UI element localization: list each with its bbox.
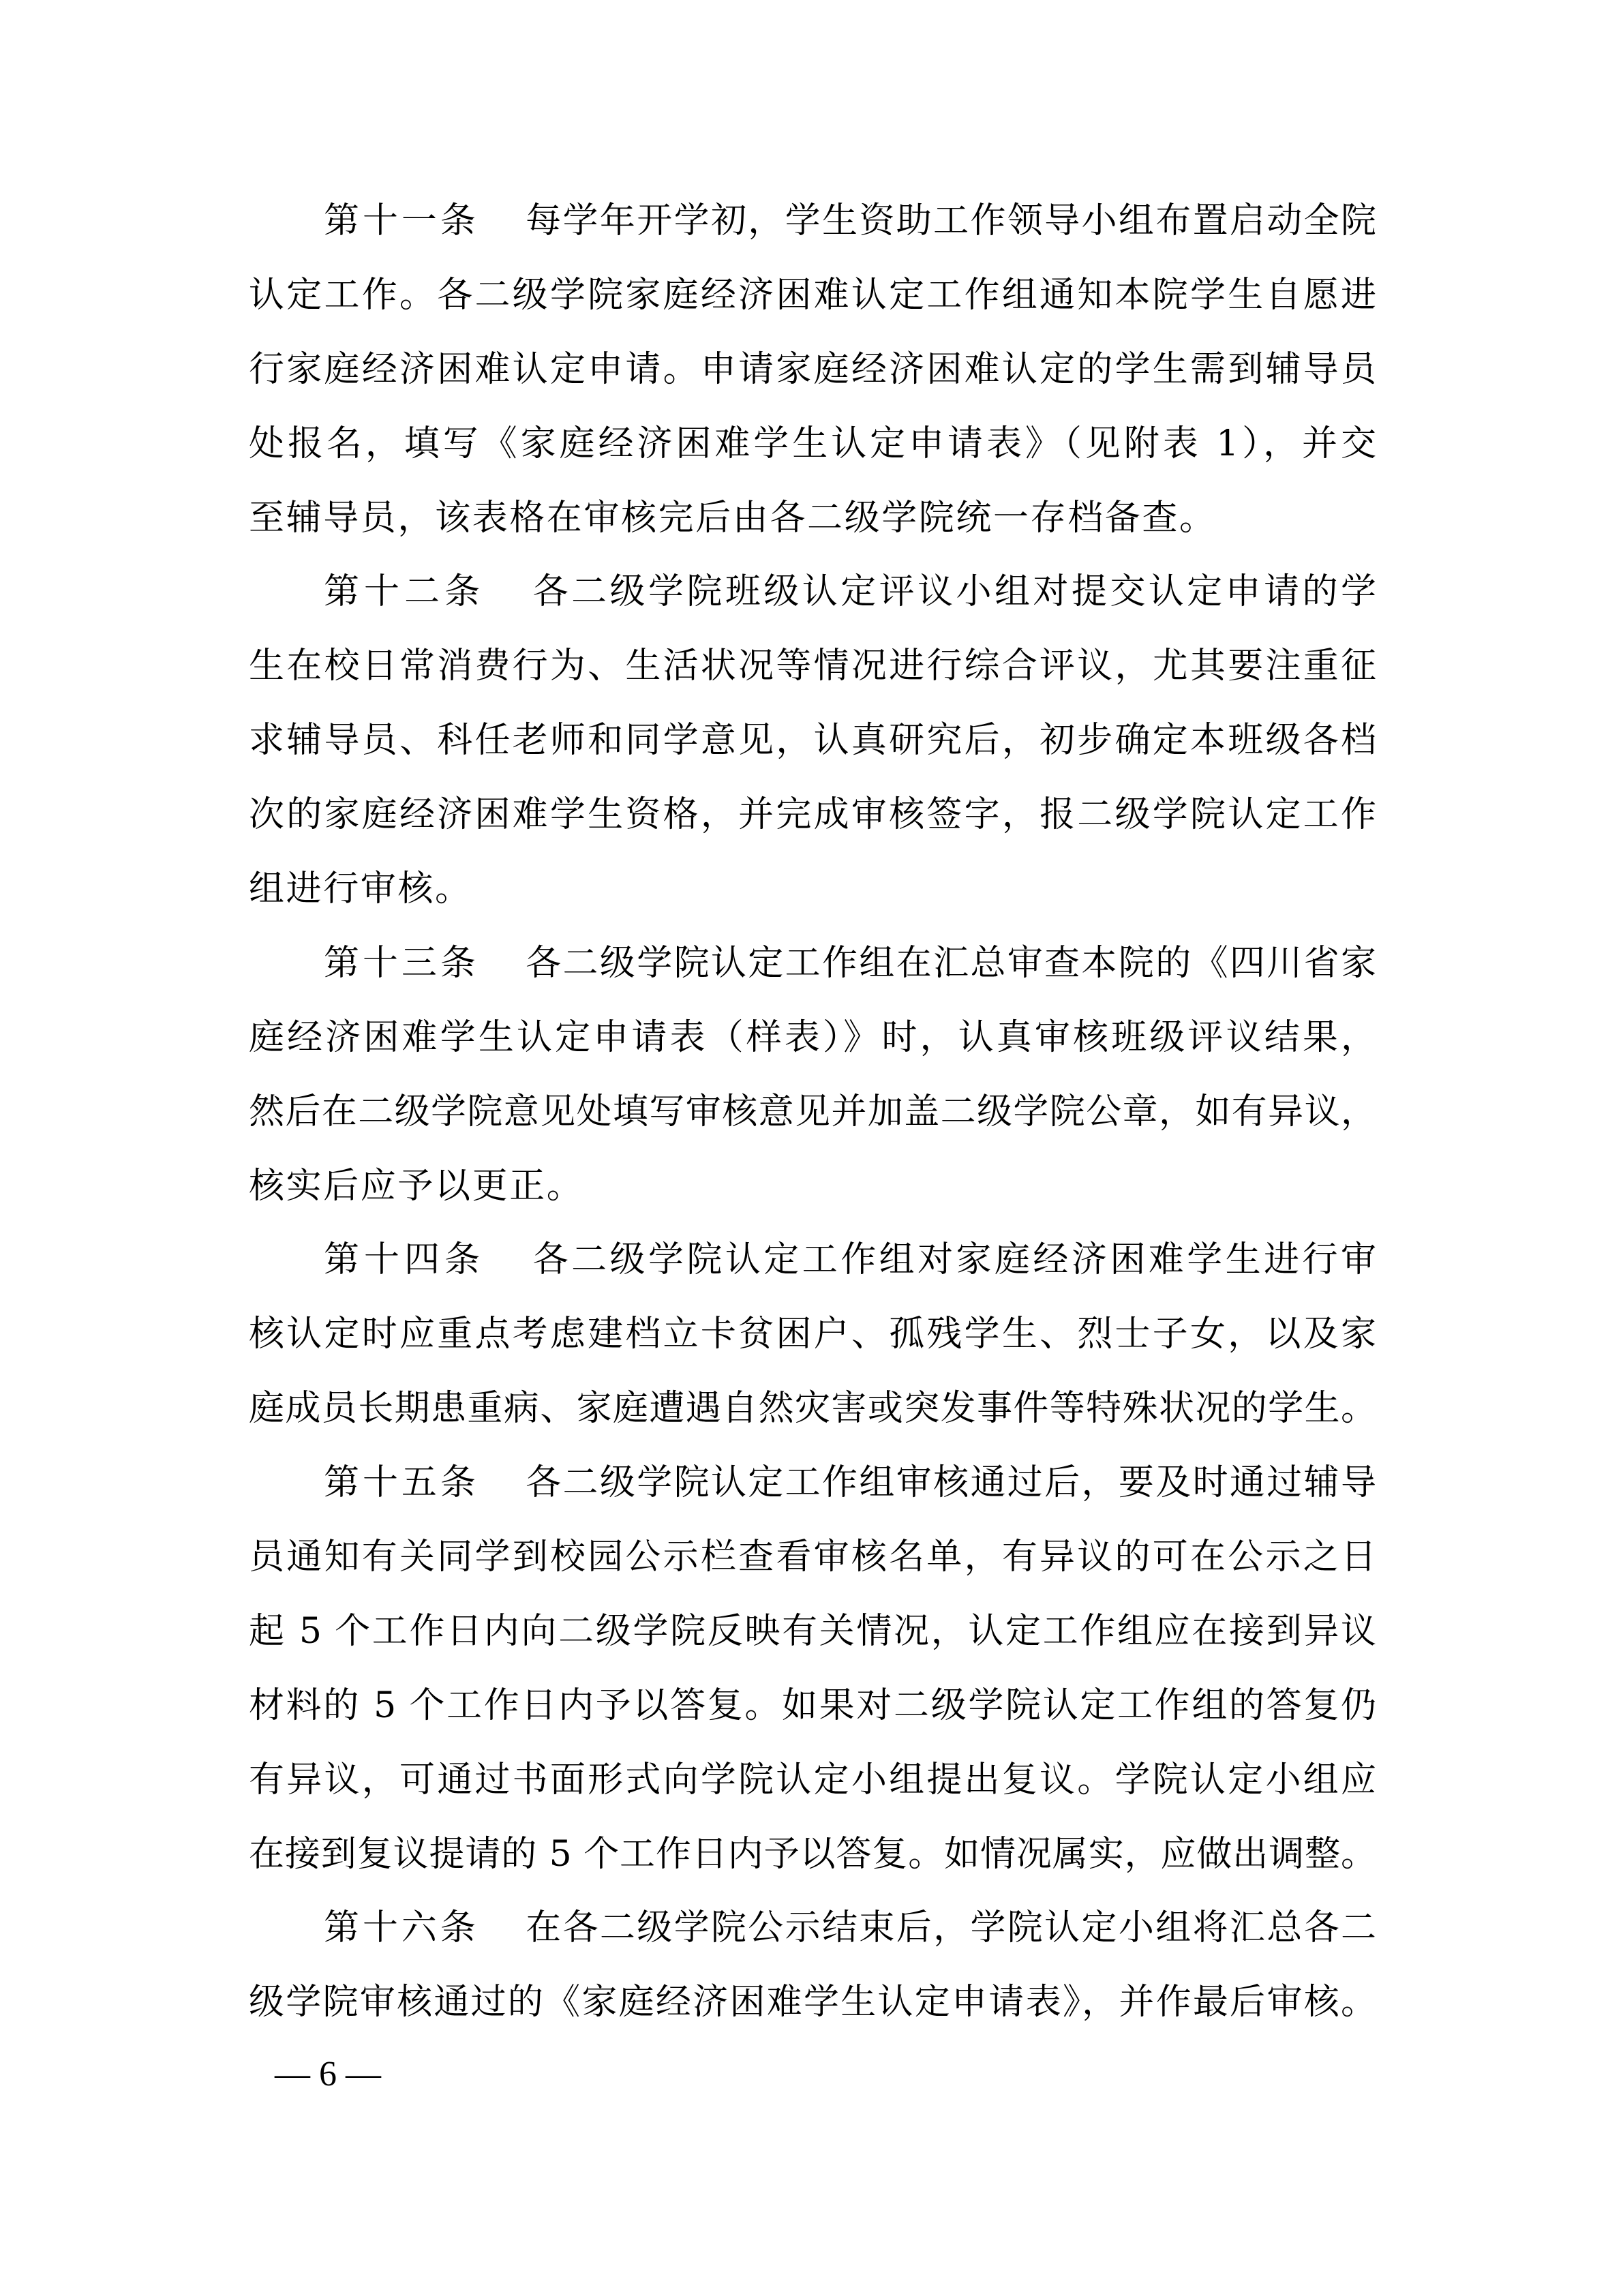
article-line: 材料的 5 个工作日内予以答复。如果对二级学院认定工作组的答复仍	[249, 1669, 1376, 1743]
article-text: 每学年开学初，学生资助工作领导小组布置启动全院	[524, 200, 1376, 241]
article-line: 庭经济困难学生认定申请表（样表）》时，认真审核班级评议结果，	[249, 1001, 1376, 1075]
article-number: 第十三条	[324, 943, 479, 984]
article-line: 第十五条各二级学院认定工作组审核通过后，要及时通过辅导	[249, 1446, 1376, 1520]
article-number: 第十二条	[324, 571, 485, 612]
article-number: 第十一条	[324, 200, 479, 241]
article-line: 次的家庭经济困难学生资格，并完成审核签字，报二级学院认定工作	[249, 778, 1376, 852]
article-text: 在各二级学院公示结束后，学院认定小组将汇总各二	[524, 1907, 1376, 1948]
article-line: 生在校日常消费行为、生活状况等情况进行综合评议，尤其要注重征	[249, 629, 1376, 704]
article-line: 员通知有关同学到校园公示栏查看审核名单，有异议的可在公示之日	[249, 1520, 1376, 1595]
article-number: 第十四条	[324, 1239, 485, 1280]
article-line: 在接到复议提请的 5 个工作日内予以答复。如情况属实，应做出调整。	[249, 1817, 1376, 1892]
article-number: 第十五条	[324, 1462, 479, 1503]
article-line: 然后在二级学院意见处填写审核意见并加盖二级学院公章，如有异议，	[249, 1075, 1376, 1149]
article-line: 有异议，可通过书面形式向学院认定小组提出复议。学院认定小组应	[249, 1743, 1376, 1817]
document-page: 第十一条每学年开学初，学生资助工作领导小组布置启动全院 认定工作。各二级学院家庭…	[0, 0, 1623, 2296]
article-line: 第十四条各二级学院认定工作组对家庭经济困难学生进行审	[249, 1223, 1376, 1297]
article-line: 认定工作。各二级学院家庭经济困难认定工作组通知本院学生自愿进	[249, 258, 1376, 333]
article-16: 第十六条在各二级学院公示结束后，学院认定小组将汇总各二 级学院审核通过的《家庭经…	[249, 1891, 1376, 2040]
article-line: 级学院审核通过的《家庭经济困难学生认定申请表》，并作最后审核。	[249, 1965, 1376, 2040]
article-13: 第十三条各二级学院认定工作组在汇总审查本院的《四川省家 庭经济困难学生认定申请表…	[249, 926, 1376, 1224]
article-11: 第十一条每学年开学初，学生资助工作领导小组布置启动全院 认定工作。各二级学院家庭…	[249, 184, 1376, 555]
article-text: 各二级学院认定工作组审核通过后，要及时通过辅导	[524, 1462, 1376, 1503]
article-text: 各二级学院认定工作组对家庭经济困难学生进行审	[530, 1239, 1376, 1280]
page-number: — 6 —	[275, 2053, 381, 2096]
article-line: 行家庭经济困难认定申请。申请家庭经济困难认定的学生需到辅导员	[249, 333, 1376, 407]
article-15: 第十五条各二级学院认定工作组审核通过后，要及时通过辅导 员通知有关同学到校园公示…	[249, 1446, 1376, 1891]
article-line: 求辅导员、科任老师和同学意见，认真研究后，初步确定本班级各档	[249, 704, 1376, 778]
article-line: 第十二条各二级学院班级认定评议小组对提交认定申请的学	[249, 555, 1376, 629]
article-line: 第十三条各二级学院认定工作组在汇总审查本院的《四川省家	[249, 926, 1376, 1001]
article-text: 各二级学院班级认定评议小组对提交认定申请的学	[530, 571, 1376, 612]
article-line: 第十一条每学年开学初，学生资助工作领导小组布置启动全院	[249, 184, 1376, 258]
article-number: 第十六条	[324, 1907, 479, 1948]
article-line: 起 5 个工作日内向二级学院反映有关情况，认定工作组应在接到异议	[249, 1595, 1376, 1669]
article-line: 组进行审核。	[249, 852, 1376, 926]
article-line: 第十六条在各二级学院公示结束后，学院认定小组将汇总各二	[249, 1891, 1376, 1965]
article-line: 庭成员长期患重病、家庭遭遇自然灾害或突发事件等特殊状况的学生。	[249, 1372, 1376, 1446]
article-line: 核认定时应重点考虑建档立卡贫困户、孤残学生、烈士子女，以及家	[249, 1297, 1376, 1372]
article-line: 核实后应予以更正。	[249, 1149, 1376, 1224]
article-line: 至辅导员，该表格在审核完后由各二级学院统一存档备查。	[249, 481, 1376, 556]
article-text: 各二级学院认定工作组在汇总审查本院的《四川省家	[524, 943, 1376, 984]
article-12: 第十二条各二级学院班级认定评议小组对提交认定申请的学 生在校日常消费行为、生活状…	[249, 555, 1376, 926]
document-body: 第十一条每学年开学初，学生资助工作领导小组布置启动全院 认定工作。各二级学院家庭…	[249, 184, 1376, 2040]
article-line: 处报名，填写《家庭经济困难学生认定申请表》（见附表 1），并交	[249, 407, 1376, 481]
article-14: 第十四条各二级学院认定工作组对家庭经济困难学生进行审 核认定时应重点考虑建档立卡…	[249, 1223, 1376, 1446]
